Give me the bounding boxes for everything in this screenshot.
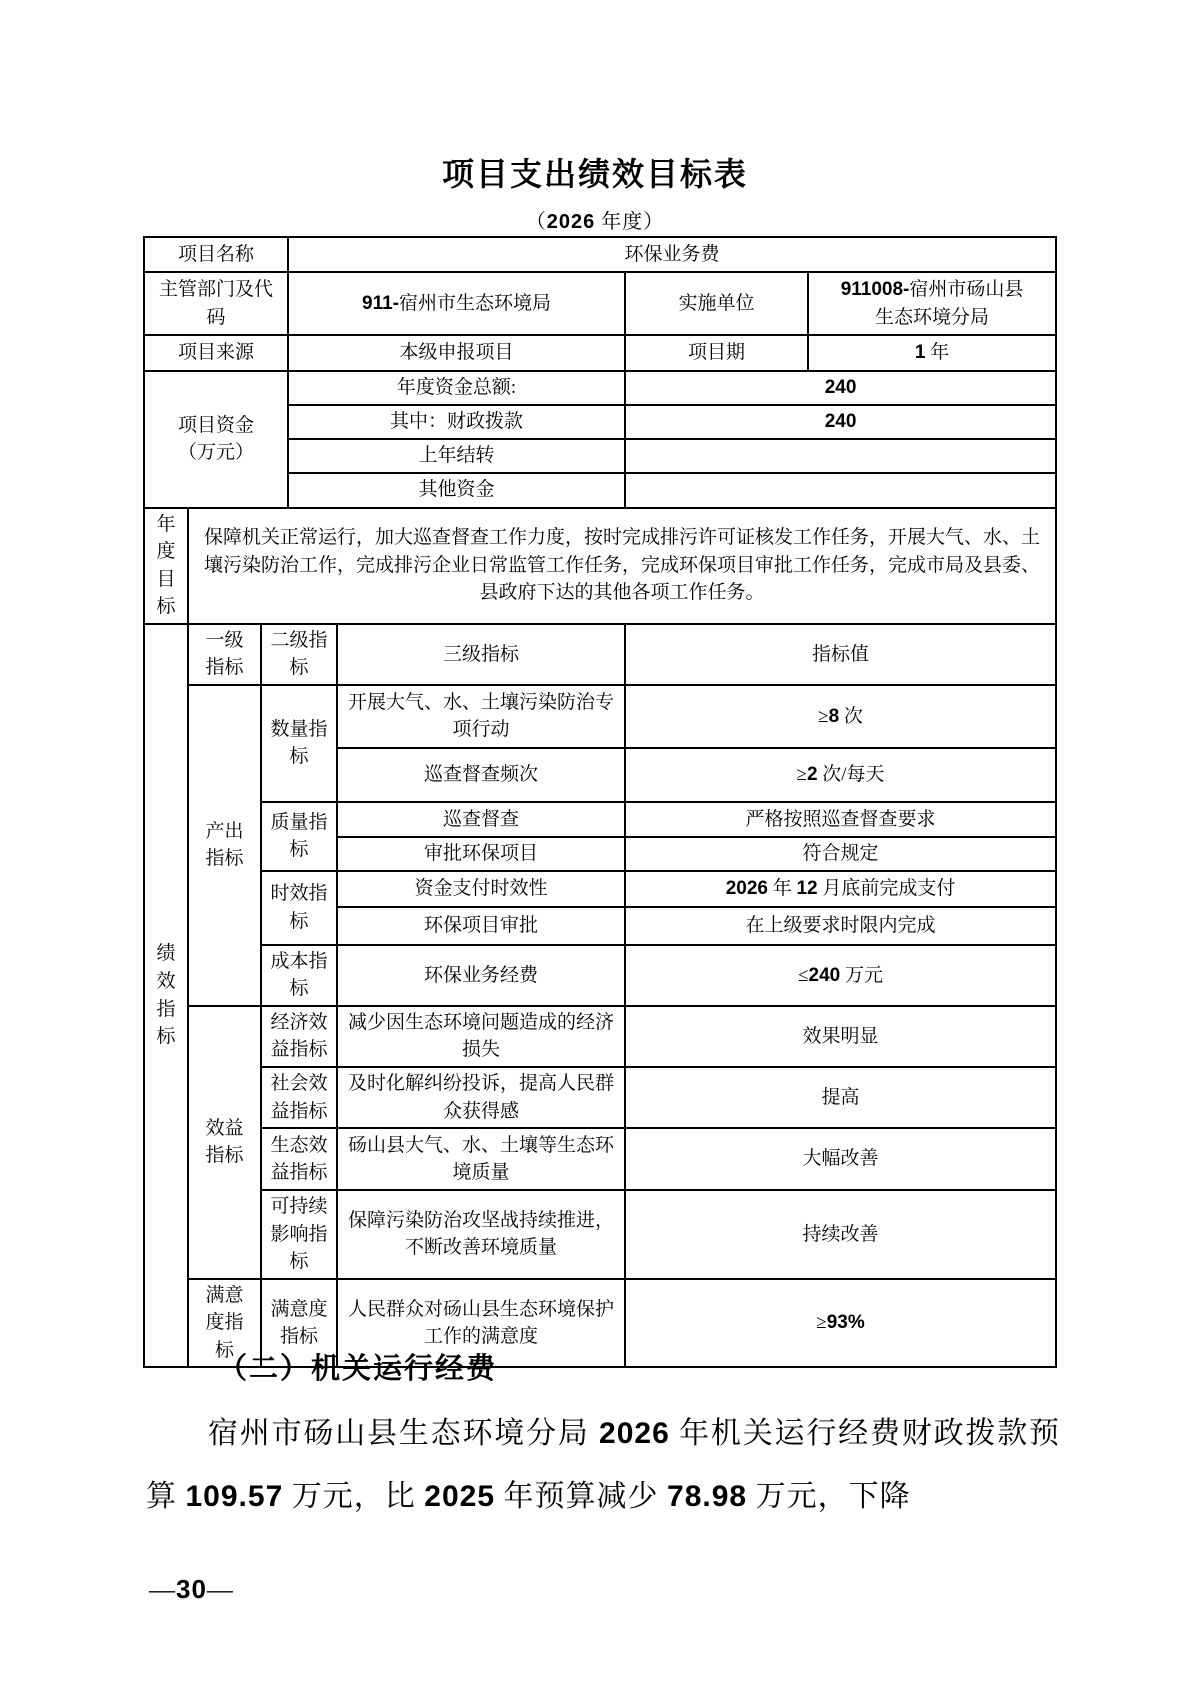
header-level2: 二级指标 — [261, 624, 337, 685]
doc-year-subtitle: （2026 年度） — [0, 205, 1190, 234]
indicator-value: ≥8 次 — [625, 685, 1056, 748]
indicator-name: 及时化解纠纷投诉，提高人民群众获得感 — [337, 1067, 625, 1128]
dept-code-value: 911-宿州市生态环境局 — [288, 272, 625, 335]
funds-carryover-label: 上年结转 — [288, 439, 625, 473]
indicator-name: 保障污染防治攻坚战持续推进，不断改善环境质量 — [337, 1190, 625, 1279]
indicator-name: 减少因生态环境问题造成的经济损失 — [337, 1006, 625, 1067]
indicator-value: 2026 年 12 月底前完成支付 — [625, 871, 1056, 907]
document-page: 项目支出绩效目标表 （2026 年度） 项目名称 环保业务费 主管部门及代码 9… — [0, 0, 1190, 1683]
funds-other-value — [625, 473, 1056, 508]
indicator-value: 严格按照巡查督查要求 — [625, 802, 1056, 837]
funds-fiscal-label: 其中：财政拨款 — [288, 405, 625, 439]
funds-other-label: 其他资金 — [288, 473, 625, 508]
page-title: 项目支出绩效目标表 — [0, 149, 1190, 195]
indicator-name: 砀山县大气、水、土壤等生态环境质量 — [337, 1128, 625, 1190]
dept-label: 主管部门及代码 — [144, 272, 288, 335]
section2-paragraph: 宿州市砀山县生态环境分局 2026 年机关运行经费财政拨款预算 109.57 万… — [146, 1402, 1060, 1528]
perf-section-label: 绩效指标 — [144, 624, 188, 1368]
indicator-value: 效果明显 — [625, 1006, 1056, 1067]
level1-output: 产出指标 — [188, 685, 261, 1006]
level1-benefit: 效益指标 — [188, 1006, 261, 1279]
indicator-name: 审批环保项目 — [337, 837, 625, 871]
level2-sustainable: 可持续影响指标 — [261, 1190, 337, 1279]
indicator-name: 巡查督查 — [337, 802, 625, 837]
header-level1: 一级指标 — [188, 624, 261, 685]
annual-goal-label: 年度目标 — [144, 508, 188, 624]
level2-timeliness: 时效指标 — [261, 871, 337, 945]
indicator-value: ≤240 万元 — [625, 945, 1056, 1006]
project-name-value: 环保业务费 — [288, 237, 1056, 272]
indicator-name: 资金支付时效性 — [337, 871, 625, 907]
funds-total-label: 年度资金总额: — [288, 371, 625, 405]
performance-target-table: 项目名称 环保业务费 主管部门及代码 911-宿州市生态环境局 实施单位 911… — [143, 236, 1057, 1368]
period-value: 1 年 — [808, 335, 1056, 371]
indicator-value: ≥93% — [625, 1279, 1056, 1368]
annual-goal-text: 保障机关正常运行，加大巡查督查工作力度，按时完成排污许可证核发工作任务，开展大气… — [188, 508, 1056, 624]
indicator-value: ≥2 次/每天 — [625, 748, 1056, 802]
indicator-name: 开展大气、水、土壤污染防治专项行动 — [337, 685, 625, 748]
level2-social: 社会效益指标 — [261, 1067, 337, 1128]
period-label: 项目期 — [625, 335, 808, 371]
source-value: 本级申报项目 — [288, 335, 625, 371]
indicator-name: 环保业务经费 — [337, 945, 625, 1006]
indicator-name: 巡查督查频次 — [337, 748, 625, 802]
level2-quantity: 数量指标 — [261, 685, 337, 802]
impl-unit-label: 实施单位 — [625, 272, 808, 335]
indicator-value: 大幅改善 — [625, 1128, 1056, 1190]
indicator-value: 持续改善 — [625, 1190, 1056, 1279]
indicator-value: 提高 — [625, 1067, 1056, 1128]
project-name-label: 项目名称 — [144, 237, 288, 272]
level2-quality: 质量指标 — [261, 802, 337, 871]
funds-carryover-value — [625, 439, 1056, 473]
header-value: 指标值 — [625, 624, 1056, 685]
level2-ecological: 生态效益指标 — [261, 1128, 337, 1190]
source-label: 项目来源 — [144, 335, 288, 371]
header-level3: 三级指标 — [337, 624, 625, 685]
page-number: —30— — [149, 1574, 234, 1605]
funds-fiscal-value: 240 — [625, 405, 1056, 439]
impl-unit-value: 911008-宿州市砀山县 生态环境分局 — [808, 272, 1056, 335]
indicator-name: 环保项目审批 — [337, 907, 625, 945]
level2-cost: 成本指标 — [261, 945, 337, 1006]
section2-heading: （二）机关运行经费 — [218, 1346, 497, 1387]
indicator-value: 符合规定 — [625, 837, 1056, 871]
funds-total-value: 240 — [625, 371, 1056, 405]
funds-label: 项目资金 （万元） — [144, 371, 288, 508]
indicator-value: 在上级要求时限内完成 — [625, 907, 1056, 945]
level2-economic: 经济效益指标 — [261, 1006, 337, 1067]
